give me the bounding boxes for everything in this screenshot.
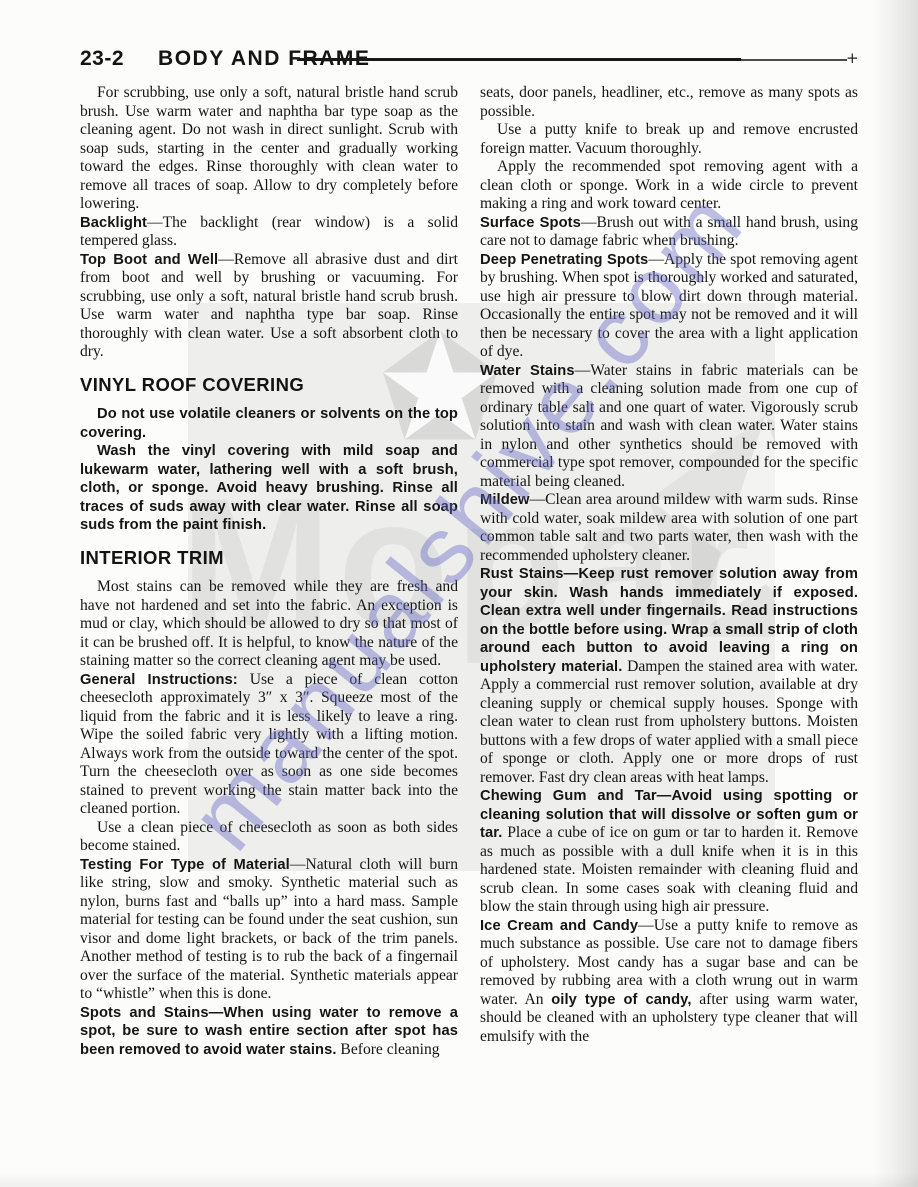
- body-text: Most stains can be removed while they ar…: [80, 578, 458, 669]
- paragraph: Backlight—The backlight (rear window) is…: [80, 214, 458, 251]
- bold-text: Backlight: [80, 215, 147, 231]
- paragraph: Most stains can be removed while they ar…: [80, 578, 458, 671]
- header-rule-marker: +: [846, 49, 859, 67]
- paragraph: Spots and Stains—When using water to rem…: [80, 1004, 458, 1060]
- body-text: Use a piece of clean cotton cheesecloth …: [80, 671, 458, 818]
- body-text: —Clean area around mildew with warm suds…: [480, 491, 858, 564]
- body-text: seats, door panels, headliner, etc., rem…: [480, 84, 858, 120]
- bold-text: Deep Penetrating Spots: [480, 252, 648, 268]
- paragraph: Use a clean piece of cheesecloth as soon…: [80, 819, 458, 856]
- bold-text: Water Stains: [480, 363, 575, 379]
- section-heading: INTERIOR TRIM: [80, 549, 458, 568]
- bold-text: Surface Spots: [480, 215, 581, 231]
- bold-text: General Instructions:: [80, 672, 238, 688]
- body-text: Apply the recommended spot removing agen…: [480, 158, 858, 212]
- paragraph: Testing For Type of Material—Natural clo…: [80, 856, 458, 1004]
- body-text: Use a putty knife to break up and remove…: [480, 121, 858, 157]
- paragraph: Apply the recommended spot removing agen…: [480, 158, 858, 214]
- page-number: 23-2: [80, 47, 124, 70]
- header-rule-light-segment: [741, 59, 847, 61]
- bold-text: Mildew: [480, 492, 530, 508]
- left-column: For scrubbing, use only a soft, natural …: [80, 84, 458, 1059]
- paragraph: Surface Spots—Brush out with a small han…: [480, 214, 858, 251]
- manual-page: Mopar 23-2BODY AND FRAME + For scrubbing…: [0, 0, 918, 1187]
- bold-text: Wash the vinyl covering with mild soap a…: [80, 443, 458, 533]
- body-text: For scrubbing, use only a soft, natural …: [80, 84, 458, 212]
- bold-text: Testing For Type of Material: [80, 857, 290, 873]
- bold-text: Top Boot and Well: [80, 252, 218, 268]
- body-text: —Water stains in fabric materials can be…: [480, 362, 858, 490]
- paragraph: Ice Cream and Candy—Use a putty knife to…: [480, 917, 858, 1047]
- header-rule: [297, 58, 741, 61]
- paragraph: General Instructions: Use a piece of cle…: [80, 671, 458, 819]
- bold-text: oily type of candy,: [551, 992, 691, 1008]
- paragraph: Use a putty knife to break up and remove…: [480, 121, 858, 158]
- body-text: Place a cube of ice on gum or tar to har…: [480, 824, 858, 915]
- body-text: —Natural cloth will burn like string, sl…: [80, 856, 458, 1003]
- body-text: Dampen the stained area with water. Appl…: [480, 658, 858, 786]
- right-column: seats, door panels, headliner, etc., rem…: [480, 84, 858, 1046]
- paragraph: Rust Stains—Keep rust remover solution a…: [480, 565, 858, 787]
- paragraph: Mildew—Clean area around mildew with war…: [480, 491, 858, 565]
- body-text: Before cleaning: [337, 1041, 440, 1058]
- paragraph: Do not use volatile cleaners or solvents…: [80, 405, 458, 442]
- bold-text: Ice Cream and Candy: [480, 918, 638, 934]
- paragraph: Top Boot and Well—Remove all abrasive du…: [80, 251, 458, 362]
- paragraph: For scrubbing, use only a soft, natural …: [80, 84, 458, 214]
- body-text: Use a clean piece of cheesecloth as soon…: [80, 819, 458, 855]
- bold-text: Do not use volatile cleaners or solvents…: [80, 406, 458, 441]
- paragraph: Deep Penetrating Spots—Apply the spot re…: [480, 251, 858, 362]
- paragraph: Wash the vinyl covering with mild soap a…: [80, 442, 458, 535]
- section-heading: VINYL ROOF COVERING: [80, 376, 458, 395]
- page-bottom-shadow: [0, 1173, 918, 1187]
- paragraph: seats, door panels, headliner, etc., rem…: [480, 84, 858, 121]
- page-edge-shadow: [872, 0, 918, 1187]
- paragraph: Chewing Gum and Tar—Avoid using spotting…: [480, 787, 858, 917]
- paragraph: Water Stains—Water stains in fabric mate…: [480, 362, 858, 492]
